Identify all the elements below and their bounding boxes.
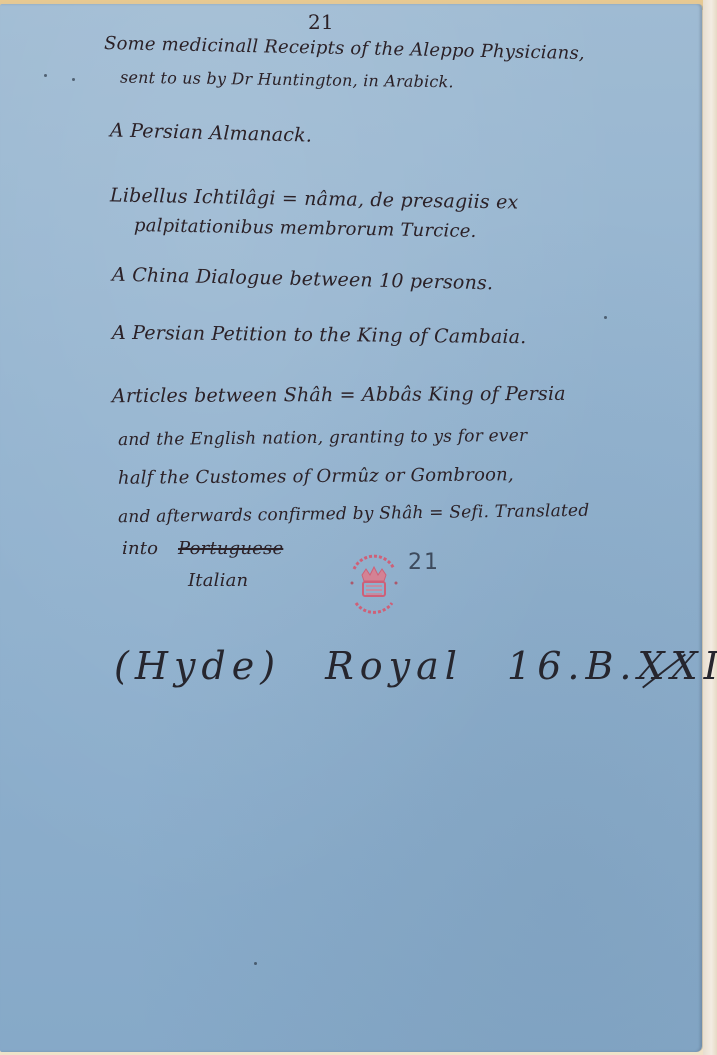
shelfmark: (Hyde) Royal 16.B.XXI: [114, 644, 717, 688]
entry-articles-line-4: and afterwards confirmed by Shâh = Sefi.…: [118, 501, 590, 528]
folio-number: 21: [308, 10, 334, 34]
correction-word: Italian: [188, 570, 248, 591]
shelfmark-prefix: (Hyde): [114, 644, 281, 688]
entry-receipts-line-2: sent to us by Dr Huntington, in Arabick.: [120, 68, 454, 92]
shelfmark-struck-numeral: XXI: [637, 644, 717, 688]
paper-speck: [604, 316, 607, 319]
blue-paper-leaf: 21 Some medicinall Receipts of the Alepp…: [0, 4, 702, 1052]
shelfmark-number: 16.B.: [507, 644, 637, 688]
entry-libellus-line-2: palpitationibus membrorum Turcice.: [134, 215, 477, 242]
pencil-folio-number: 21: [408, 550, 440, 575]
entry-articles-line-3: half the Customes of Ormûz or Gombroon,: [118, 464, 514, 488]
paper-speck: [44, 74, 47, 77]
entry-china-dialogue: A China Dialogue between 10 persons.: [112, 264, 494, 295]
paper-speck: [72, 78, 75, 81]
struck-word: Portuguese: [178, 538, 283, 559]
entry-libellus-line-1: Libellus Ichtilâgi = nâma, de presagiis …: [110, 184, 519, 213]
paper-speck: [254, 962, 257, 965]
museum-stamp-icon: [348, 553, 400, 615]
entry-almanack: A Persian Almanack.: [110, 119, 313, 146]
page-right-edge: [703, 0, 717, 1055]
entry-persian-petition: A Persian Petition to the King of Cambai…: [112, 322, 527, 348]
entry-articles-line-2: and the English nation, granting to ys f…: [118, 426, 527, 450]
entry-articles-line-5: into: [122, 538, 158, 559]
shelfmark-collection: Royal: [325, 644, 463, 688]
entry-articles-line-1: Articles between Shâh = Abbâs King of Pe…: [112, 383, 566, 407]
manuscript-scan: 21 Some medicinall Receipts of the Alepp…: [0, 0, 717, 1055]
entry-receipts-line-1: Some medicinall Receipts of the Aleppo P…: [104, 33, 585, 64]
